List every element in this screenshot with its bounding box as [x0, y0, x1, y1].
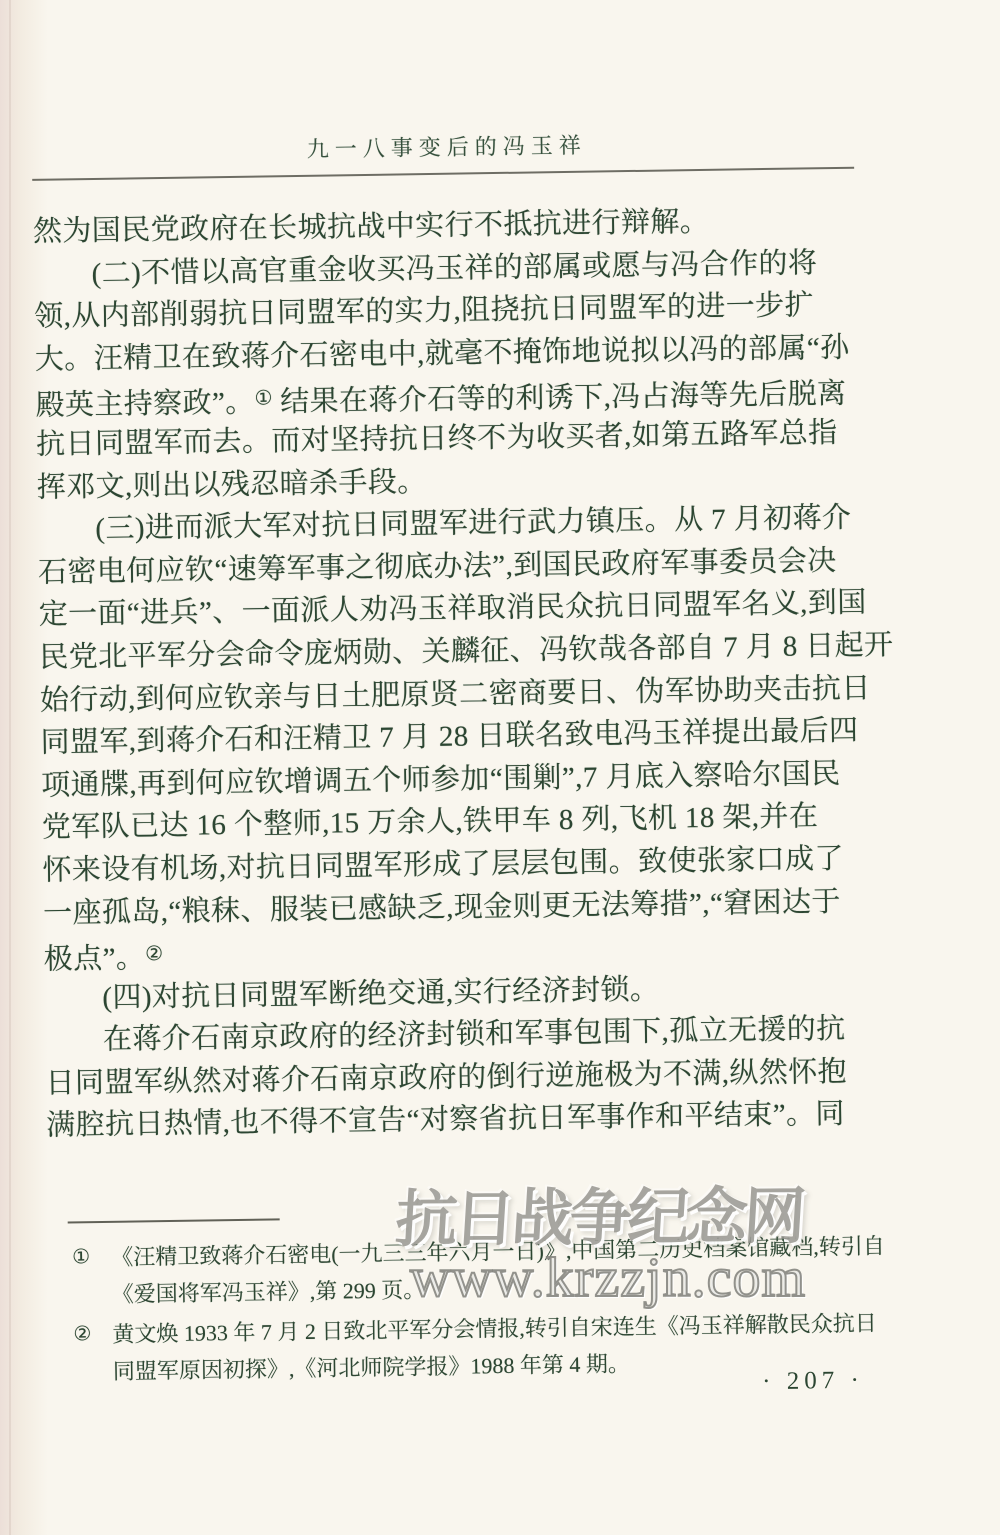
footnote-marker: ①: [72, 1239, 112, 1314]
footnote-text: 《汪精卫致蒋介石密电(一九三三年六月一日)》,中国第二历史档案馆藏档,转引自《爱…: [111, 1227, 886, 1312]
header-rule: [32, 167, 854, 181]
footnote-marker: ②: [73, 1316, 113, 1391]
page-number: · 207 ·: [762, 1367, 864, 1397]
footnote: ①《汪精卫致蒋介石密电(一九三三年六月一日)》,中国第二历史档案馆藏档,转引自《…: [72, 1226, 1000, 1314]
footnote-divider: [68, 1218, 280, 1223]
body-text: 然为国民党政府在长城抗战中实行不抵抗进行辩解。(二)不惜以高官重金收买冯玉祥的部…: [33, 198, 882, 1147]
footnote-ref: ②: [145, 943, 163, 965]
footnote-ref: ①: [254, 388, 272, 410]
running-header-title: 九一八事变后的冯玉祥: [0, 0, 992, 168]
page-content: 九一八事变后的冯玉祥 然为国民党政府在长城抗战中实行不抵抗进行辩解。(二)不惜以…: [0, 0, 1000, 1535]
scanned-book-page: 九一八事变后的冯玉祥 然为国民党政府在长城抗战中实行不抵抗进行辩解。(二)不惜以…: [0, 0, 1000, 1535]
